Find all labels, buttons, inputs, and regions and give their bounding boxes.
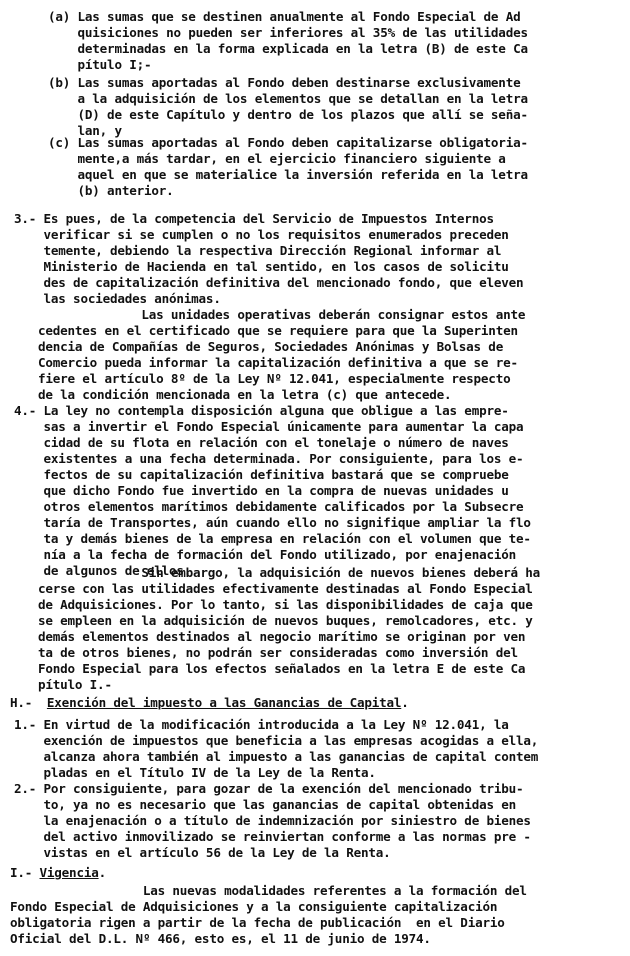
text-line: 2.- Por consiguiente, para gozar de la e…	[14, 782, 523, 796]
text-line: otros elementos marítimos debidamente ca…	[14, 500, 523, 514]
text-line: mente,a más tardar, en el ejercicio fina…	[48, 152, 506, 166]
section-heading: I.- Vigencia.	[10, 866, 106, 880]
text-line: Sin embargo, la adquisición de nuevos bi…	[38, 566, 540, 580]
text-line: (D) de este Capítulo y dentro de los pla…	[48, 108, 528, 122]
text-line: exención de impuestos que beneficia a la…	[14, 734, 538, 748]
text-line: se empleen en la adquisición de nuevos b…	[38, 614, 533, 628]
text-line: de la condición mencionada en la letra (…	[38, 388, 451, 402]
text-line: del activo inmovilizado se reinviertan c…	[14, 830, 531, 844]
text-line: a la adquisición de los elementos que se…	[48, 92, 528, 106]
text-line: taría de Transportes, aún cuando ello no…	[14, 516, 531, 530]
text-line: cidad de su flota en relación con el ton…	[14, 436, 509, 450]
text-line: pítulo I.-	[38, 678, 112, 692]
text-line: demás elementos destinados al negocio ma…	[38, 630, 525, 644]
text-line: verificar si se cumplen o no los requisi…	[14, 228, 509, 242]
text-line: Fondo Especial de Adquisiciones y a la c…	[10, 900, 497, 914]
text-line: Ministerio de Hacienda en tal sentido, e…	[14, 260, 509, 274]
text-line: Fondo Especial para los efectos señalado…	[38, 662, 525, 676]
text-line: ta y demás bienes de la empresa en relac…	[14, 532, 531, 546]
text-line: 3.- Es pues, de la competencia del Servi…	[14, 212, 494, 226]
text-line: obligatoria rigen a partir de la fecha d…	[10, 916, 505, 930]
text-line: fiere el artículo 8º de la Ley Nº 12.041…	[38, 372, 510, 386]
text-line: nía a la fecha de formación del Fondo ut…	[14, 548, 516, 562]
text-line: sas a invertir el Fondo Especial únicame…	[14, 420, 523, 434]
section-letter: H.-	[10, 695, 47, 710]
text-line: pítulo I;-	[48, 58, 151, 72]
section-title: Vigencia	[40, 865, 99, 880]
text-line: quisiciones no pueden ser inferiores al …	[48, 26, 528, 40]
typewritten-document-page: (a) Las sumas que se destinen anualmente…	[0, 0, 630, 956]
section-title: Exención del impuesto a las Ganancias de…	[47, 695, 401, 710]
text-line: aquel en que se materialice la inversión…	[48, 168, 528, 182]
text-line: (b) anterior.	[48, 184, 174, 198]
text-line: ta de otros bienes, no podrán ser consid…	[38, 646, 518, 660]
text-line: Oficial del D.L. Nº 466, esto es, el 11 …	[10, 932, 431, 946]
text-line: to, ya no es necesario que las ganancias…	[14, 798, 516, 812]
text-line: Las nuevas modalidades referentes a la f…	[10, 884, 527, 898]
text-line: vistas en el artículo 56 de la Ley de la…	[14, 846, 391, 860]
text-line: temente, debiendo la respectiva Direcció…	[14, 244, 501, 258]
text-line: (c) Las sumas aportadas al Fondo deben c…	[48, 136, 528, 150]
section-heading: H.- Exención del impuesto a las Ganancia…	[10, 696, 409, 710]
text-line: las sociedades anónimas.	[14, 292, 221, 306]
text-line: (a) Las sumas que se destinen anualmente…	[48, 10, 520, 24]
section-letter: I.-	[10, 865, 40, 880]
text-line: 4.- La ley no contempla disposición algu…	[14, 404, 509, 418]
text-line: que dicho Fondo fue invertido en la comp…	[14, 484, 509, 498]
text-line: Comercio pueda informar la capitalizació…	[38, 356, 518, 370]
text-line: cerse con las utilidades efectivamente d…	[38, 582, 533, 596]
text-line: existentes a una fecha determinada. Por …	[14, 452, 523, 466]
text-line: determinadas en la forma explicada en la…	[48, 42, 528, 56]
text-line: alcanza ahora también al impuesto a las …	[14, 750, 538, 764]
text-line: la enajenación o a título de indemnizaci…	[14, 814, 531, 828]
text-line: fectos de su capitalización definitiva b…	[14, 468, 509, 482]
text-line: de Adquisiciones. Por lo tanto, si las d…	[38, 598, 533, 612]
text-line: dencia de Compañías de Seguros, Sociedad…	[38, 340, 503, 354]
text-line: (b) Las sumas aportadas al Fondo deben d…	[48, 76, 520, 90]
text-line: cedentes en el certificado que se requie…	[38, 324, 518, 338]
text-line: pladas en el Título IV de la Ley de la R…	[14, 766, 376, 780]
text-line: des de capitalización definitiva del men…	[14, 276, 523, 290]
text-line: 1.- En virtud de la modificación introdu…	[14, 718, 509, 732]
text-line: Las unidades operativas deberán consigna…	[38, 308, 525, 322]
